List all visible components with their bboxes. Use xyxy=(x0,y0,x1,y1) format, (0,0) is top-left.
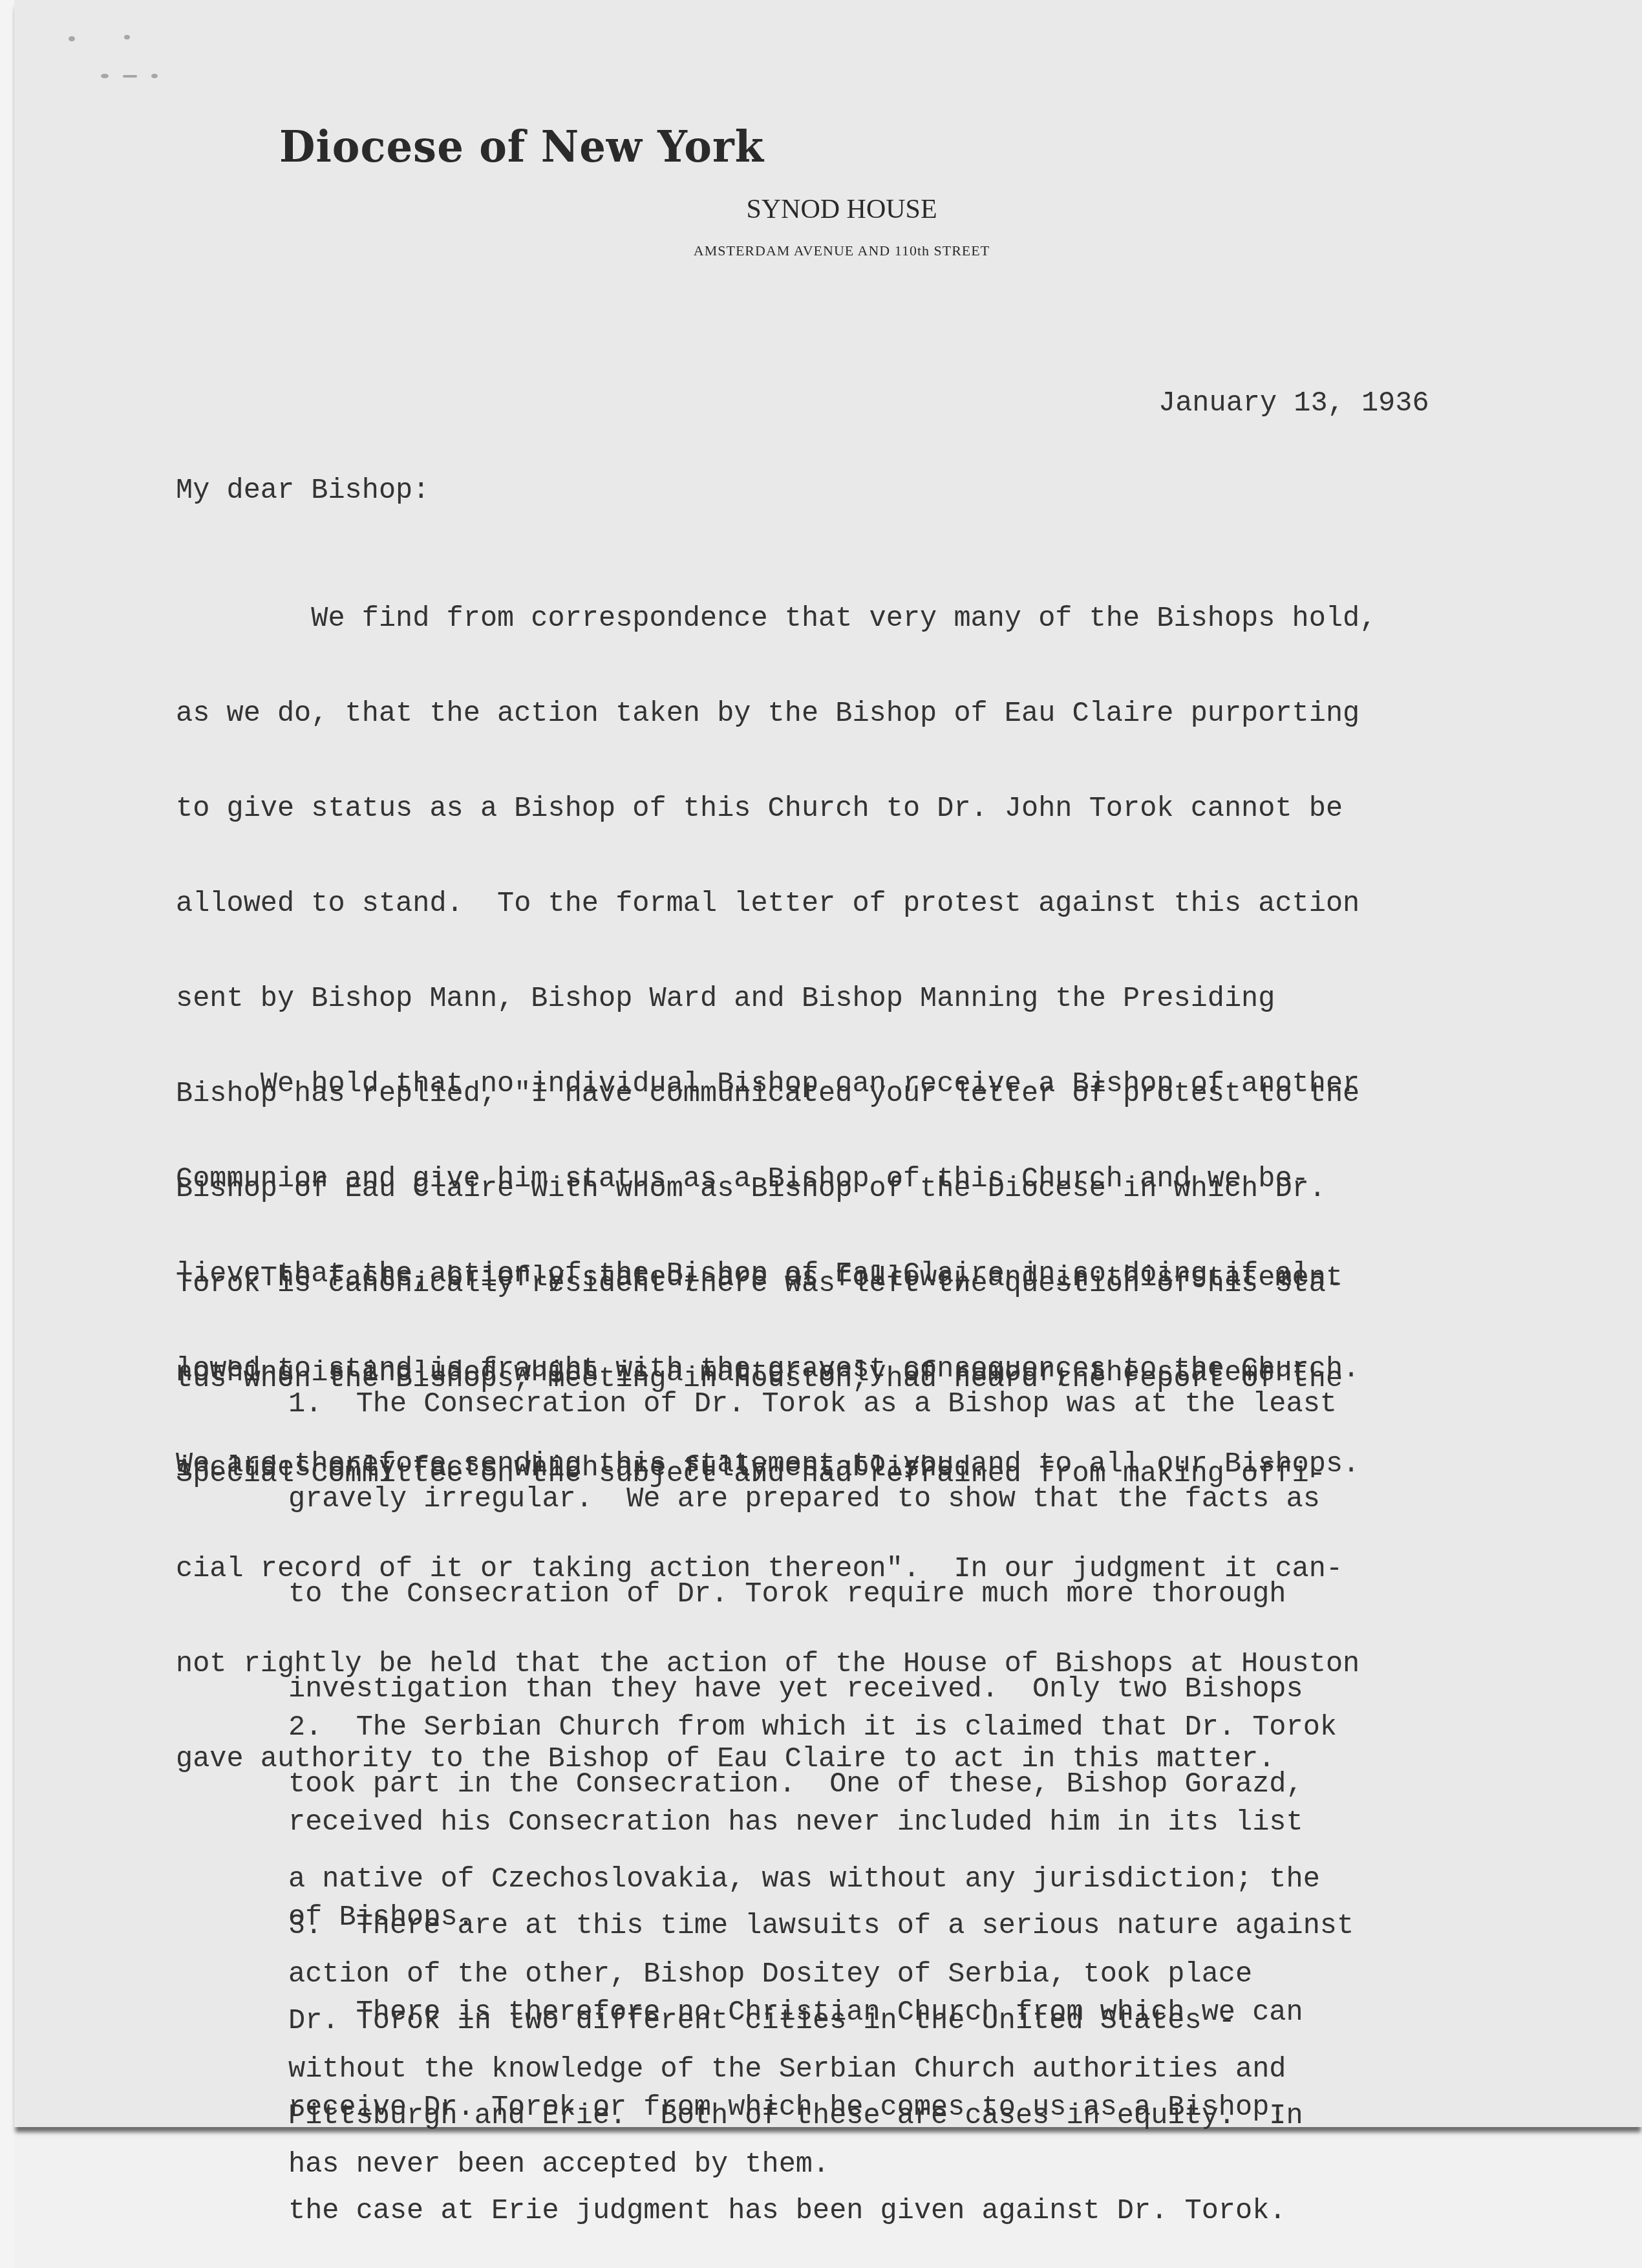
punch-mark xyxy=(124,35,130,39)
scanner-margin xyxy=(0,0,14,2268)
text-line: 3. There are at this time lawsuits of a … xyxy=(288,1910,1354,1942)
text-line: 2. The Serbian Church from which it is c… xyxy=(288,1712,1337,1744)
punch-mark xyxy=(123,75,137,78)
fact-item-3: 3. There are at this time lawsuits of a … xyxy=(288,1847,1354,2259)
text-line: the case at Erie judgment has been given… xyxy=(288,2196,1354,2227)
letter-date: January 13, 1936 xyxy=(1158,388,1429,420)
text-line: as we do, that the action taken by the B… xyxy=(176,698,1376,730)
text-line: We hold that no individual Bishop can re… xyxy=(176,1069,1359,1100)
text-line: Pittsburgh and Erie. Both of these are c… xyxy=(288,2101,1354,2132)
text-line: received his Consecration has never incl… xyxy=(288,1807,1337,1839)
text-line: Dr. Torok in two different cities in the… xyxy=(288,2006,1354,2037)
text-line: to give status as a Bishop of this Churc… xyxy=(176,793,1376,825)
text-line: Communion and give him status as a Bisho… xyxy=(176,1164,1359,1195)
text-line: gravely irregular. We are prepared to sh… xyxy=(288,1484,1337,1515)
text-line: 1. The Consecration of Dr. Torok as a Bi… xyxy=(288,1389,1337,1420)
text-line: We find from correspondence that very ma… xyxy=(176,603,1376,635)
punch-mark xyxy=(69,36,75,41)
text-line: allowed to stand. To the formal letter o… xyxy=(176,888,1376,920)
letterhead-title: Diocese of New York xyxy=(0,122,1029,173)
salutation: My dear Bishop: xyxy=(176,475,429,507)
letterhead-address: AMSTERDAM AVENUE AND 110th STREET xyxy=(14,242,1642,259)
punch-mark xyxy=(151,74,158,78)
punch-mark xyxy=(101,74,109,78)
text-line: The facts, briefly stated, are as follow… xyxy=(176,1263,1343,1294)
letterhead-subtitle: SYNOD HOUSE xyxy=(14,194,1642,225)
text-line: to the Consecration of Dr. Torok require… xyxy=(288,1579,1337,1610)
